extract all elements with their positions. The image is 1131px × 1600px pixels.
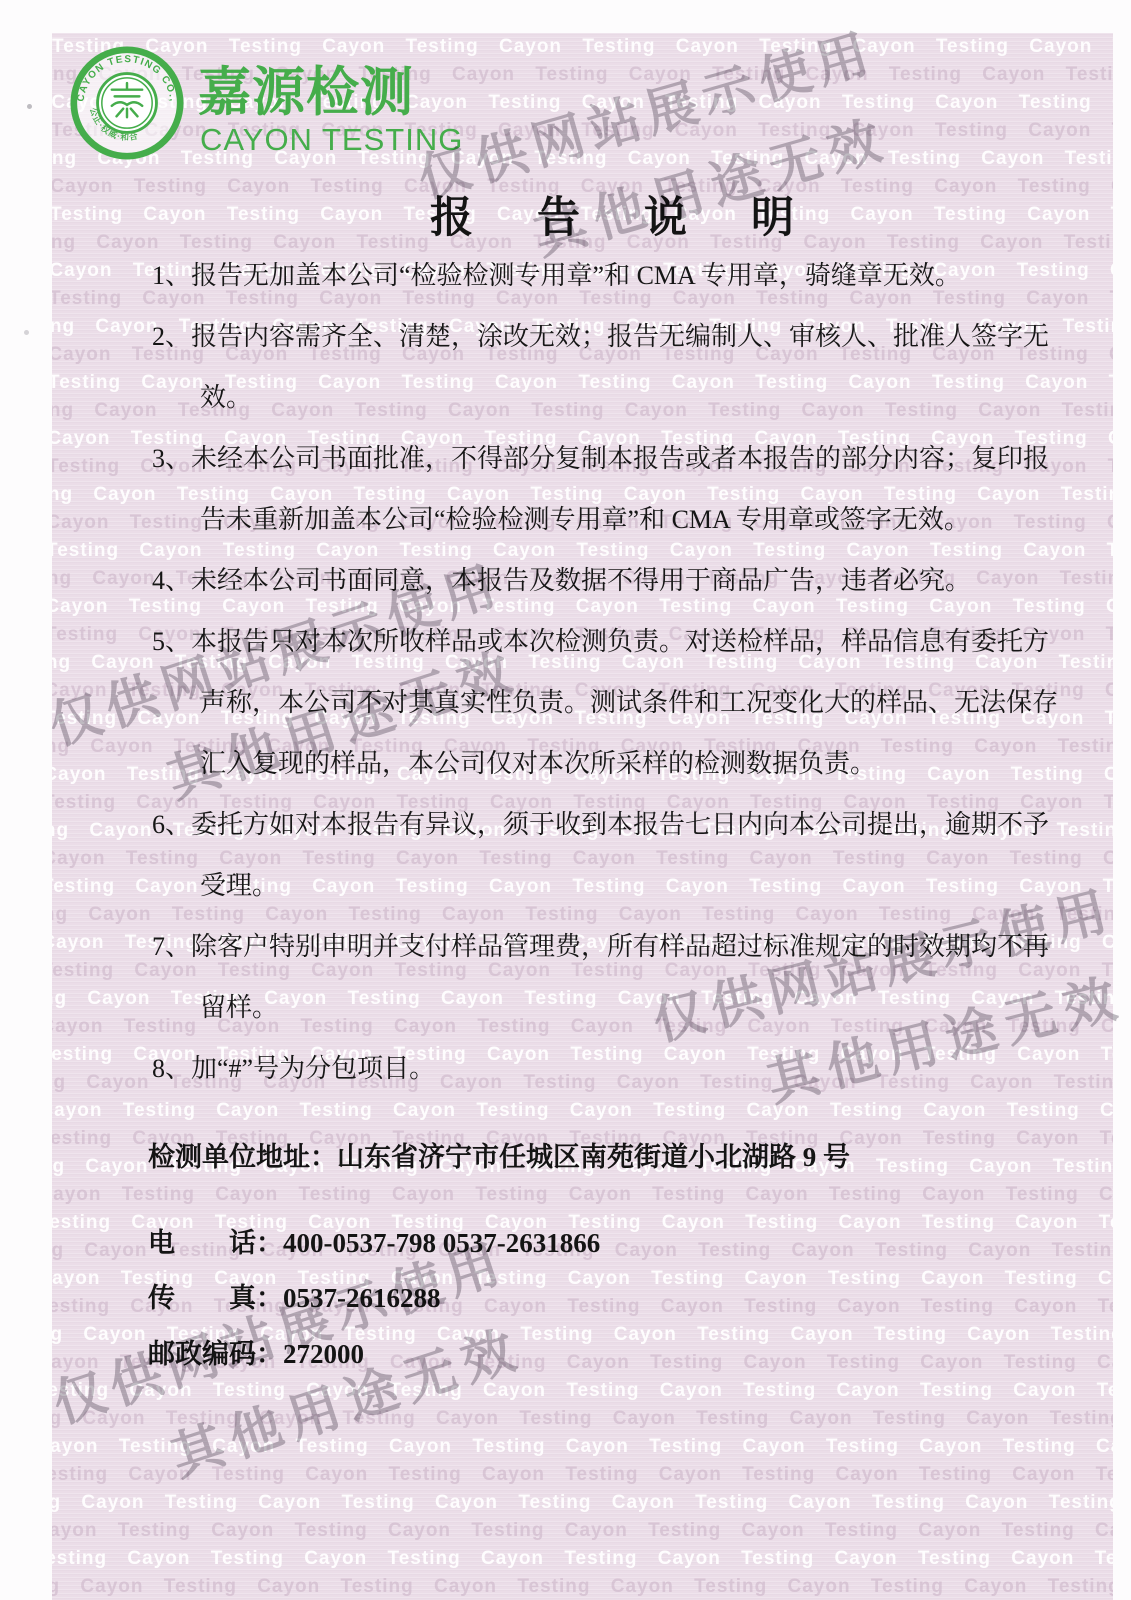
- note-line: 6、委托方如对本报告有异议，须于收到本报告七日内向本公司提出，逾期不予: [152, 794, 1052, 855]
- contact-postal-label: 邮政编码：: [148, 1339, 283, 1369]
- note-line: 3、未经本公司书面批准，不得部分复制本报告或者本报告的部分内容；复印报: [152, 428, 1052, 489]
- contact-postal-code: 邮政编码：272000: [148, 1332, 364, 1371]
- contact-phone: 电 话：400-0537-798 0537-2631866: [148, 1221, 600, 1260]
- note-line: 7、除客户特别申明并支付样品管理费，所有样品超过标准规定的时效期均不再: [152, 916, 1052, 977]
- scan-speck: [27, 104, 32, 109]
- note-line: 声称，本公司不对其真实性负责。测试条件和工况变化大的样品、无法保存: [152, 672, 1052, 733]
- report-notes-list: 1、报告无加盖本公司“检验检测专用章”和 CMA 专用章，骑缝章无效。 2、报告…: [152, 245, 1052, 1099]
- note-line: 受理。: [152, 855, 1052, 916]
- brand-name-chinese: 嘉源检测: [198, 50, 414, 126]
- note-line: 告未重新加盖本公司“检验检测专用章”和 CMA 专用章或签字无效。: [152, 489, 1052, 550]
- contact-address-label: 检测单位地址：: [148, 1142, 337, 1172]
- contact-postal-value: 272000: [283, 1339, 364, 1369]
- contact-fax-value: 0537-2616288: [283, 1283, 441, 1313]
- scan-speck: [24, 330, 29, 335]
- note-line: 汇入复现的样品，本公司仅对本次所采样的检测数据负责。: [152, 733, 1052, 794]
- contact-fax-label: 传 真：: [148, 1283, 283, 1313]
- note-line: 1、报告无加盖本公司“检验检测专用章”和 CMA 专用章，骑缝章无效。: [152, 245, 1052, 306]
- contact-phone-value: 400-0537-798 0537-2631866: [283, 1228, 600, 1258]
- contact-phone-label: 电 话：: [148, 1228, 283, 1258]
- brand-name-english: CAYON TESTING: [200, 122, 463, 158]
- note-line: 留样。: [152, 977, 1052, 1038]
- contact-fax: 传 真：0537-2616288: [148, 1276, 441, 1315]
- note-line: 效。: [152, 367, 1052, 428]
- note-line: 2、报告内容需齐全、清楚，涂改无效；报告无编制人、审核人、批准人签字无: [152, 306, 1052, 367]
- note-line: 8、加“#”号为分包项目。: [152, 1038, 1052, 1099]
- contact-address: 检测单位地址：山东省济宁市任城区南苑街道小北湖路 9 号: [148, 1135, 850, 1174]
- note-line: 4、未经本公司书面同意，本报告及数据不得用于商品广告，违者必究。: [152, 550, 1052, 611]
- report-instructions-page: Testing Cayon Testing Cayon Testing Cayo…: [0, 0, 1131, 1600]
- contact-address-value: 山东省济宁市任城区南苑街道小北湖路 9 号: [337, 1142, 850, 1172]
- company-logo-icon: CAYON TESTING CO.,LTD 公正·权威·和合: [70, 46, 184, 160]
- page-title: 报告说明: [430, 184, 858, 245]
- note-line: 5、本报告只对本次所收样品或本次检测负责。对送检样品，样品信息有委托方: [152, 611, 1052, 672]
